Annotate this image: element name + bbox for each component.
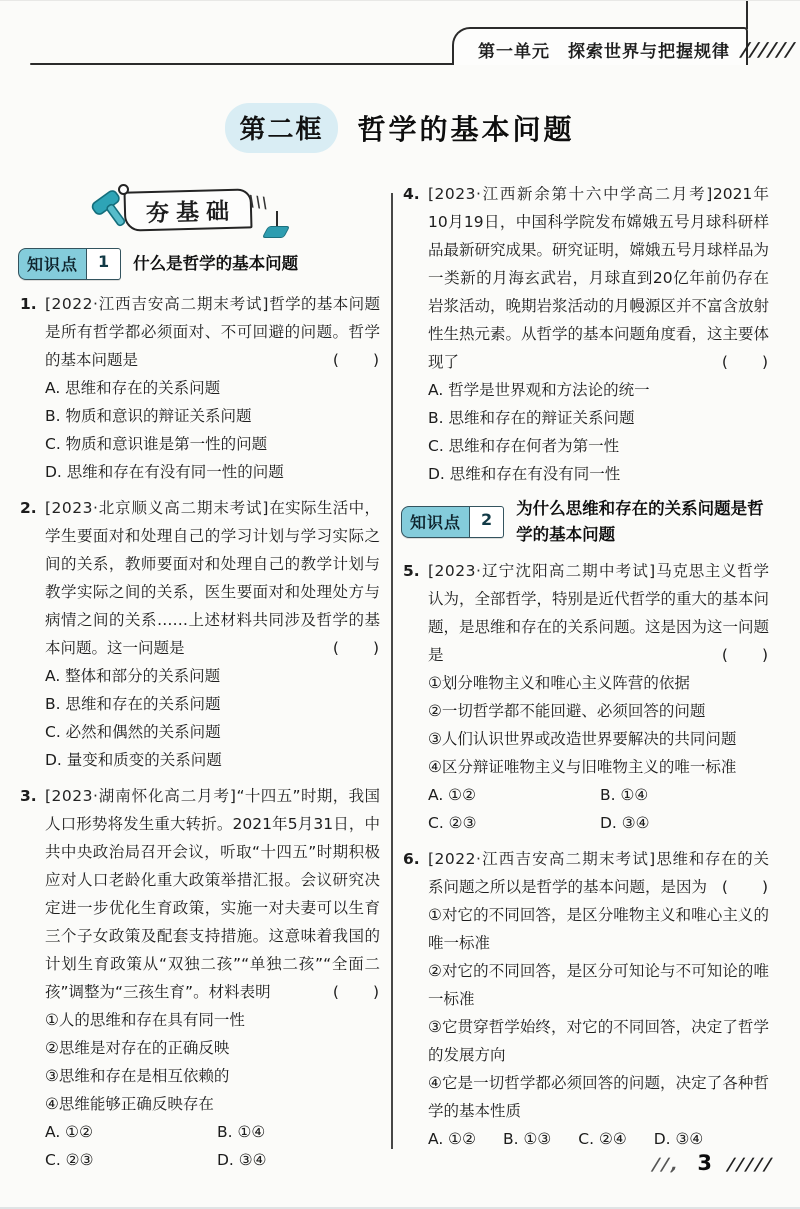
statement-items: ①对它的不同回答，是区分唯物主义和唯心主义的唯一标准 ②对它的不同回答，是区分可…: [428, 901, 769, 1125]
unit-header: 第一单元 探索世界与把握规律: [452, 27, 748, 65]
question-number: 6.: [403, 845, 428, 1153]
statement-3: ③思维和存在是相互依赖的: [45, 1062, 380, 1090]
statement-4: ④区分辩证唯物主义与旧唯物主义的唯一标准: [428, 753, 769, 781]
header-slashes-icon: //////: [741, 39, 798, 61]
question-number: 4.: [403, 180, 428, 488]
statement-1: ①人的思维和存在具有同一性: [45, 1006, 380, 1034]
option-c: C. ②④: [578, 1125, 626, 1153]
options: A. ①② B. ①④ C. ②③ D. ③④: [45, 1118, 380, 1174]
options: A. ①② B. ①④ C. ②③ D. ③④: [428, 781, 769, 837]
banner-hatch-icon: \\\: [247, 192, 269, 213]
footer-slashes-left-icon: //,: [652, 1155, 682, 1175]
banner-foot: [263, 227, 288, 237]
question-number: 3.: [20, 782, 45, 1174]
banner-label: 夯基础: [123, 188, 252, 231]
left-column: 知识点 1 什么是哲学的基本问题 1. [2022·江西吉安高二期末考试]哲学的…: [20, 248, 380, 1182]
option-b: B. ①④: [217, 1118, 380, 1146]
knowledge-point-2-badge: 知识点 2: [401, 506, 504, 538]
lesson-title-row: 第二框 哲学的基本问题: [0, 103, 800, 153]
knowledge-point-number: 1: [86, 248, 121, 280]
statement-4: ④思维能够正确反映存在: [45, 1090, 380, 1118]
options: A. ①② B. ①③ C. ②④ D. ③④: [428, 1125, 769, 1153]
column-divider: [391, 193, 393, 1149]
statement-3: ③它贯穿哲学始终，对它的不同回答，决定了哲学的发展方向: [428, 1013, 769, 1069]
option-a: A. ①②: [428, 1125, 476, 1153]
question-5: 5. [2023·辽宁沈阳高二期中考试]马克思主义哲学认为，全部哲学，特别是近代…: [403, 557, 769, 837]
option-d: D. ③④: [654, 1125, 704, 1153]
option-b: B. 思维和存在的关系问题: [45, 690, 380, 718]
question-4: 4. [2023·江西新余第十六中学高二月考]2021年10月19日，中国科学院…: [403, 180, 769, 488]
question-stem: [2023·北京顺义高二期末考试]在实际生活中，学生要面对和处理自己的学习计划与…: [45, 494, 380, 662]
knowledge-point-1-title: 什么是哲学的基本问题: [133, 251, 298, 277]
option-b: B. ①③: [503, 1125, 551, 1153]
statement-1: ①对它的不同回答，是区分唯物主义和唯心主义的唯一标准: [428, 901, 769, 957]
options: A. 思维和存在的关系问题 B. 物质和意识的辩证关系问题 C. 物质和意识谁是…: [45, 374, 380, 486]
option-a: A. 思维和存在的关系问题: [45, 374, 380, 402]
option-a: A. ①②: [428, 781, 600, 809]
answer-bracket: ( ): [333, 978, 380, 1006]
option-d: D. ③④: [600, 809, 769, 837]
question-stem: [2022·江西吉安高二期末考试]思维和存在的关系问题之所以是哲学的基本问题，是…: [428, 845, 769, 901]
statement-4: ④它是一切哲学都必须回答的问题，决定了各种哲学的基本性质: [428, 1069, 769, 1125]
question-stem-text: “十四五”时期，我国人口形势将发生重大转折。2021年5月31日，中共中央政治局…: [45, 787, 380, 1001]
question-2: 2. [2023·北京顺义高二期末考试]在实际生活中，学生要面对和处理自己的学习…: [20, 494, 380, 774]
question-stem: [2023·江西新余第十六中学高二月考]2021年10月19日，中国科学院发布嫦…: [428, 180, 769, 376]
knowledge-point-label: 知识点: [401, 506, 469, 538]
option-d: D. 思维和存在有没有同一性的问题: [45, 458, 380, 486]
answer-bracket: ( ): [722, 641, 769, 669]
frame-badge: 第二框: [225, 103, 337, 153]
knowledge-point-1-badge: 知识点 1: [18, 248, 121, 280]
question-source: [2022·江西吉安高二期末考试]: [45, 295, 269, 313]
statement-3: ③人们认识世界或改造世界要解决的共同问题: [428, 725, 769, 753]
option-d: D. 量变和质变的关系问题: [45, 746, 380, 774]
options: A. 整体和部分的关系问题 B. 思维和存在的关系问题 C. 必然和偶然的关系问…: [45, 662, 380, 774]
question-stem: [2022·江西吉安高二期末考试]哲学的基本问题是所有哲学都必须面对、不可回避的…: [45, 290, 380, 374]
answer-bracket: ( ): [333, 634, 380, 662]
statement-2: ②一切哲学都不能回避、必须回答的问题: [428, 697, 769, 725]
option-b: B. 物质和意识的辩证关系问题: [45, 402, 380, 430]
answer-bracket: ( ): [722, 873, 769, 901]
question-stem-text: 2021年10月19日，中国科学院发布嫦娥五号月球科研样品最新研究成果。研究证明…: [428, 185, 769, 371]
option-a: A. ①②: [45, 1118, 217, 1146]
option-b: B. 思维和存在的辩证关系问题: [428, 404, 769, 432]
answer-bracket: ( ): [333, 346, 380, 374]
foundation-banner: 夯基础 \\\: [94, 183, 294, 239]
option-a: A. 整体和部分的关系问题: [45, 662, 380, 690]
knowledge-point-1: 知识点 1 什么是哲学的基本问题: [18, 248, 380, 280]
question-6: 6. [2022·江西吉安高二期末考试]思维和存在的关系问题之所以是哲学的基本问…: [403, 845, 769, 1153]
option-c: C. ②③: [428, 809, 600, 837]
question-1: 1. [2022·江西吉安高二期末考试]哲学的基本问题是所有哲学都必须面对、不可…: [20, 290, 380, 486]
option-d: D. 思维和存在有没有同一性: [428, 460, 769, 488]
question-stem-text: 在实际生活中，学生要面对和处理自己的学习计划与学习实际之间的关系，教师要面对和处…: [45, 499, 380, 657]
banner-dot-icon: [118, 184, 129, 195]
question-source: [2023·辽宁沈阳高二期中考试]: [428, 562, 656, 580]
question-number: 1.: [20, 290, 45, 486]
option-d: D. ③④: [217, 1146, 380, 1174]
page-number: 3: [697, 1151, 712, 1175]
question-source: [2023·江西新余第十六中学高二月考]: [428, 185, 713, 203]
option-b: B. ①④: [600, 781, 769, 809]
answer-bracket: ( ): [722, 348, 769, 376]
header-tab-edge: [746, 1, 748, 29]
page-title: 哲学的基本问题: [358, 108, 575, 148]
statement-items: ①人的思维和存在具有同一性 ②思维是对存在的正确反映 ③思维和存在是相互依赖的 …: [45, 1006, 380, 1118]
option-a: A. 哲学是世界观和方法论的统一: [428, 376, 769, 404]
question-number: 5.: [403, 557, 428, 837]
question-stem: [2023·辽宁沈阳高二期中考试]马克思主义哲学认为，全部哲学，特别是近代哲学的…: [428, 557, 769, 669]
knowledge-point-number: 2: [469, 506, 504, 538]
page-footer: //, 3 /////: [653, 1151, 774, 1175]
option-c: C. 必然和偶然的关系问题: [45, 718, 380, 746]
unit-header-label: 第一单元 探索世界与把握规律: [478, 42, 730, 62]
question-source: [2022·江西吉安高二期末考试]: [428, 850, 656, 868]
statement-1: ①划分唯物主义和唯心主义阵营的依据: [428, 669, 769, 697]
option-c: C. 思维和存在何者为第一性: [428, 432, 769, 460]
footer-slashes-right-icon: /////: [727, 1155, 775, 1175]
question-stem: [2023·湖南怀化高二月考]“十四五”时期，我国人口形势将发生重大转折。202…: [45, 782, 380, 1006]
question-source: [2023·湖南怀化高二月考]: [45, 787, 236, 805]
statement-2: ②思维是对存在的正确反映: [45, 1034, 380, 1062]
statement-items: ①划分唯物主义和唯心主义阵营的依据 ②一切哲学都不能回避、必须回答的问题 ③人们…: [428, 669, 769, 781]
option-c: C. ②③: [45, 1146, 217, 1174]
question-number: 2.: [20, 494, 45, 774]
options: A. 哲学是世界观和方法论的统一 B. 思维和存在的辩证关系问题 C. 思维和存…: [428, 376, 769, 488]
knowledge-point-label: 知识点: [18, 248, 86, 280]
question-3: 3. [2023·湖南怀化高二月考]“十四五”时期，我国人口形势将发生重大转折。…: [20, 782, 380, 1174]
statement-2: ②对它的不同回答，是区分可知论与不可知论的唯一标准: [428, 957, 769, 1013]
knowledge-point-2: 知识点 2 为什么思维和存在的关系问题是哲学的基本问题: [401, 496, 769, 547]
question-source: [2023·北京顺义高二期末考试]: [45, 499, 269, 517]
right-column: 4. [2023·江西新余第十六中学高二月考]2021年10月19日，中国科学院…: [403, 180, 769, 1161]
option-c: C. 物质和意识谁是第一性的问题: [45, 430, 380, 458]
knowledge-point-2-title: 为什么思维和存在的关系问题是哲学的基本问题: [516, 496, 769, 547]
